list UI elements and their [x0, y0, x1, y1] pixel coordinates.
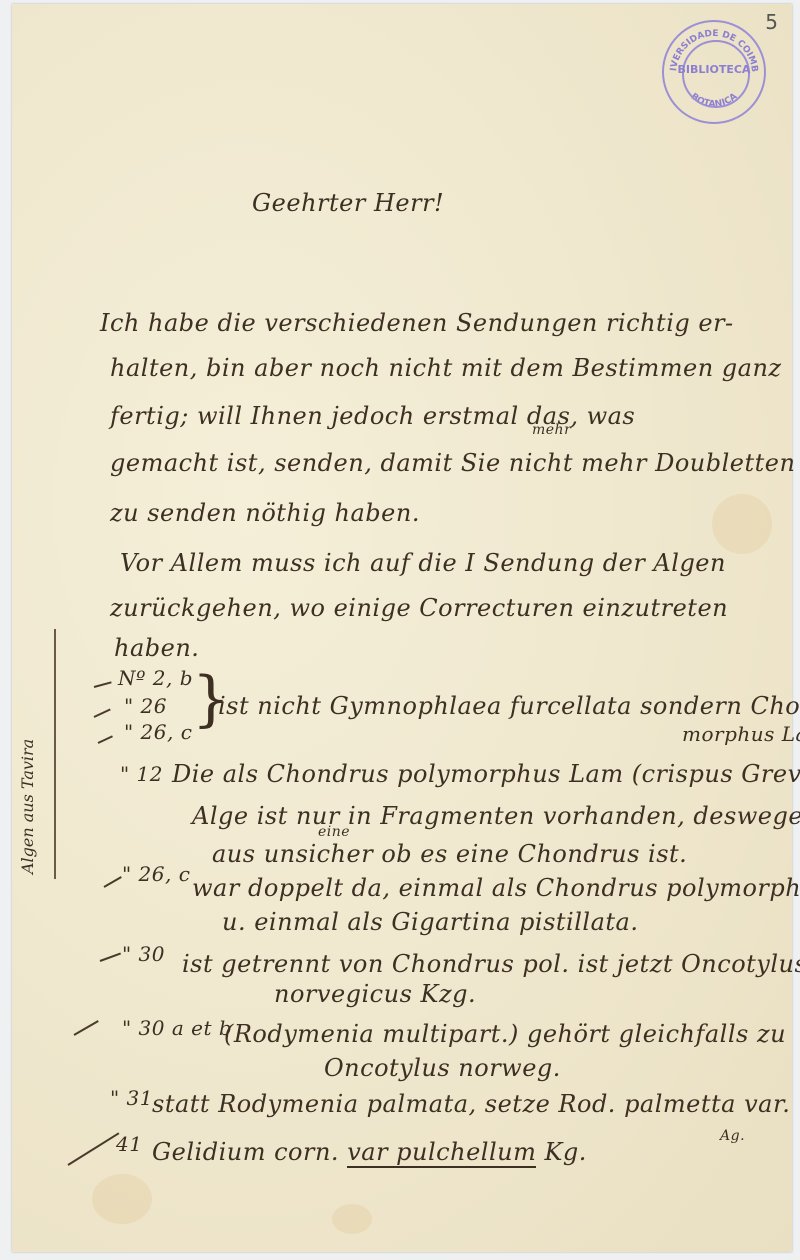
entry-text-line: aus unsicher ob es eine Chondrus ist.	[212, 840, 687, 868]
paper-stain	[92, 1174, 152, 1224]
entry-text: statt Rodymenia palmata, setze Rod. palm…	[152, 1090, 790, 1118]
salutation: Geehrter Herr!	[252, 189, 444, 217]
check-mark	[94, 681, 112, 688]
entry-text-line: Oncotylus norweg.	[324, 1054, 561, 1082]
paragraph-line: Ich habe die verschiedenen Sendungen ric…	[100, 309, 734, 337]
entry-number: " 26	[124, 694, 167, 718]
entry-number: " 30	[122, 942, 165, 966]
entry-text: Die als Chondrus polymorphus Lam (crispu…	[172, 760, 800, 788]
entry-text: war doppelt da, einmal als Chondrus poly…	[192, 874, 800, 902]
check-mark	[104, 876, 122, 888]
margin-note: Algen aus Tavira	[18, 739, 37, 874]
paper-stain	[332, 1204, 372, 1234]
check-mark	[94, 708, 111, 717]
entry-text-line: Alge ist nur in Fragmenten vorhanden, de…	[192, 802, 800, 830]
entry-number: " 31	[110, 1086, 153, 1110]
entry-number: " 30 a et b	[122, 1016, 232, 1040]
entry-text: (Rodymenia multipart.) gehört gleichfall…	[224, 1020, 786, 1048]
underlined-variety: var pulchellum	[347, 1138, 536, 1168]
paper-stain	[712, 494, 772, 554]
entry-text-before: Gelidium corn.	[152, 1138, 339, 1166]
entry-number: 41	[116, 1132, 142, 1156]
paragraph-line: halten, bin aber noch nicht mit dem Best…	[110, 354, 782, 382]
entry-number: Nº 2, b	[118, 666, 193, 690]
entry-number: " 26, c	[122, 862, 190, 886]
paragraph-line: zu senden nöthig haben.	[110, 499, 420, 527]
stamp-center-text: BIBLIOTECA	[664, 63, 764, 76]
entry-text-line: u. einmal als Gigartina pistillata.	[222, 908, 638, 936]
paragraph-line: haben.	[114, 634, 199, 662]
paragraph-line: zurückgehen, wo einige Correcturen einzu…	[110, 594, 728, 622]
entry-continuation: morphus Lam.	[682, 722, 800, 746]
entry-suffix: Ag.	[720, 1128, 745, 1144]
check-mark	[98, 735, 113, 744]
entry-text: ist getrennt von Chondrus pol. ist jetzt…	[182, 950, 800, 978]
page-number: 5	[765, 10, 778, 34]
entry-number: " 26, c	[124, 720, 192, 744]
superscript-insertion: mehr	[532, 422, 571, 438]
paragraph-line: Vor Allem muss ich auf die I Sendung der…	[120, 549, 726, 577]
entry-text-after: Kg.	[544, 1138, 586, 1166]
entry-text: ist nicht Gymnophlaea furcellata sondern…	[218, 692, 800, 720]
check-mark	[67, 1132, 119, 1165]
paragraph-line: gemacht ist, senden, damit Sie nicht meh…	[110, 449, 795, 477]
margin-rule	[54, 629, 56, 879]
entry-text: Gelidium corn. var pulchellum Kg.	[152, 1138, 587, 1166]
check-mark	[100, 953, 121, 962]
check-mark	[74, 1020, 99, 1036]
library-stamp: UNIVERSIDADE DE COIMBRA BOTANICA BIBLIOT…	[662, 20, 766, 124]
superscript-insertion: eine	[318, 824, 350, 840]
entry-text-line: norvegicus Kzg.	[274, 980, 476, 1008]
entry-number: " 12	[120, 762, 163, 786]
manuscript-page: 5 UNIVERSIDADE DE COIMBRA BOTANICA BIBLI…	[12, 4, 792, 1252]
